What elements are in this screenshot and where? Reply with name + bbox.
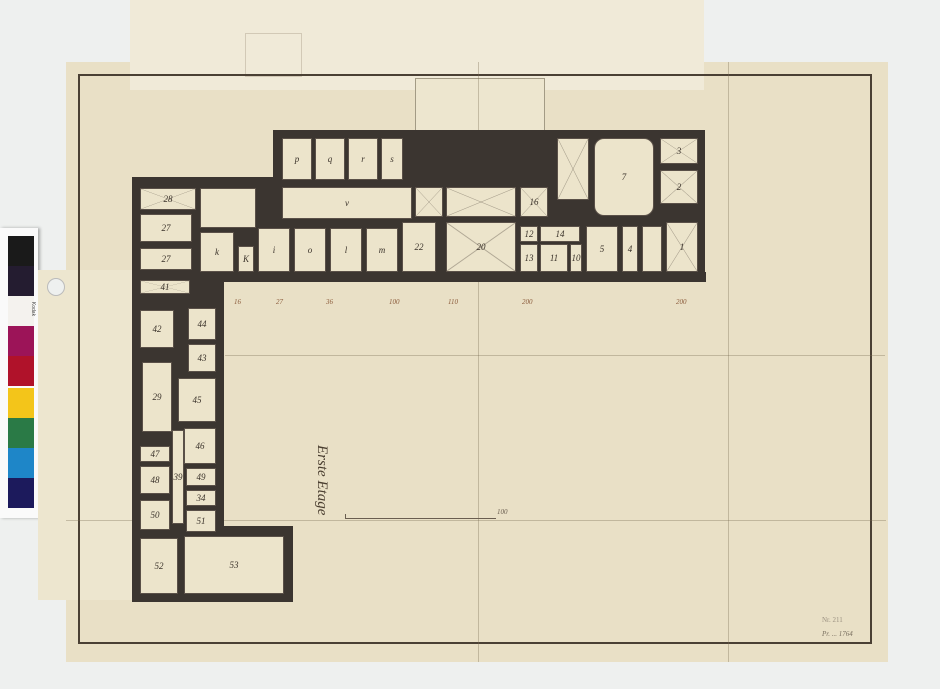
room: 27 [140, 214, 192, 242]
room-label: 20 [477, 242, 486, 252]
room-label: 53 [230, 560, 239, 570]
room-label: v [345, 198, 349, 208]
room-label: 39 [174, 472, 183, 482]
room-label: 16 [530, 197, 539, 207]
room-label: 10 [572, 253, 581, 263]
room: 34 [186, 490, 216, 506]
room: 10 [570, 244, 582, 272]
room: i [258, 228, 290, 272]
room: 52 [140, 538, 178, 594]
room-label: 51 [197, 516, 206, 526]
room: 51 [186, 510, 216, 532]
room: 20 [446, 222, 516, 272]
room-label: p [295, 154, 300, 164]
room: 28 [140, 188, 196, 210]
north-facade-piers [222, 272, 706, 282]
room: 3 [660, 138, 698, 164]
room-label: 50 [151, 510, 160, 520]
room: 12 [520, 226, 538, 242]
room-label: 29 [153, 392, 162, 402]
room: 16 [520, 187, 548, 217]
room-label: 45 [193, 395, 202, 405]
dimension-mark: 200 [676, 298, 687, 306]
room-label: 28 [164, 194, 173, 204]
room: m [366, 228, 398, 272]
room-label: 11 [550, 253, 558, 263]
room: 49 [186, 468, 216, 486]
room: 1 [666, 222, 698, 272]
top-flap-small [245, 33, 302, 77]
signature: Pr. ... 1764 [822, 630, 853, 638]
room-label: 27 [162, 223, 171, 233]
room-label: l [345, 245, 348, 255]
room: 22 [402, 222, 436, 272]
room: 44 [188, 308, 216, 340]
room: 11 [540, 244, 568, 272]
room: 43 [188, 344, 216, 372]
room-label: 13 [525, 253, 534, 263]
dimension-mark: 36 [326, 298, 333, 306]
room: l [330, 228, 362, 272]
room [642, 226, 662, 272]
room: 47 [140, 446, 170, 462]
room-label: 2 [677, 182, 682, 192]
room: 50 [140, 500, 170, 530]
room: 4 [622, 226, 638, 272]
swatch-magenta [8, 326, 34, 356]
room: 53 [184, 536, 284, 594]
dimension-mark: 100 [389, 298, 400, 306]
room-label: 41 [161, 282, 170, 292]
room-label: 4 [628, 244, 633, 254]
central-octagonal-hall: 7 [594, 138, 654, 216]
color-target: Kodak [0, 228, 38, 518]
room: 13 [520, 244, 538, 272]
room: p [282, 138, 312, 180]
swatch-black [8, 236, 34, 266]
room-label: 52 [155, 561, 164, 571]
color-target-label: Kodak [30, 302, 36, 316]
room [200, 188, 256, 228]
plan-title-inscription: Erste Etage [313, 445, 330, 515]
swatch-blue [8, 448, 34, 478]
room-label: s [390, 154, 394, 164]
room-label: k [215, 247, 219, 257]
room-label: r [361, 154, 365, 164]
punch-hole [47, 278, 65, 296]
room-label: 43 [198, 353, 207, 363]
scale-bar [345, 514, 496, 519]
room-label: 44 [198, 319, 207, 329]
room: 5 [586, 226, 618, 272]
swatch-navy [8, 478, 34, 508]
scale-bar-label: 100 [497, 508, 508, 516]
room: 27 [140, 248, 192, 270]
room-label: K [243, 254, 249, 264]
room-label: 5 [600, 244, 605, 254]
swatch-dark [8, 266, 34, 296]
swatch-red [8, 356, 34, 386]
room: 45 [178, 378, 216, 422]
dimension-mark: 110 [448, 298, 458, 306]
room-label: 22 [415, 242, 424, 252]
room: 48 [140, 466, 170, 494]
room: o [294, 228, 326, 272]
stair-hall: 29 [142, 362, 172, 432]
room: 14 [540, 226, 580, 242]
room: v [282, 187, 412, 219]
room [446, 187, 516, 217]
room-label: 27 [162, 254, 171, 264]
room: r [348, 138, 378, 180]
room: 2 [660, 170, 698, 204]
swatch-yellow [8, 388, 34, 418]
dimension-mark: 200 [522, 298, 533, 306]
room-label: o [308, 245, 313, 255]
room-label: m [379, 245, 386, 255]
room-label: i [273, 245, 276, 255]
room-label: 3 [677, 146, 682, 156]
room-label: 1 [680, 242, 685, 252]
room: s [381, 138, 403, 180]
room: q [315, 138, 345, 180]
room [415, 187, 443, 217]
room-label: q [328, 154, 333, 164]
catalog-mark: Nr. 211 [822, 616, 843, 624]
room: K [238, 246, 254, 272]
room-label: 49 [197, 472, 206, 482]
room-label: 47 [151, 449, 160, 459]
dimension-mark: 16 [234, 298, 241, 306]
swatch-green [8, 418, 34, 448]
room-label: 42 [153, 324, 162, 334]
room-label: 7 [622, 172, 627, 182]
room-label: 12 [525, 229, 534, 239]
corridor: 39 [172, 430, 184, 524]
room [557, 138, 589, 200]
room: 46 [184, 428, 216, 464]
room-label: 46 [196, 441, 205, 451]
room-label: 34 [197, 493, 206, 503]
room: 41 [140, 280, 190, 294]
room: k [200, 232, 234, 272]
dimension-mark: 27 [276, 298, 283, 306]
room-label: 14 [556, 229, 565, 239]
room-label: 48 [151, 475, 160, 485]
room: 42 [140, 310, 174, 348]
